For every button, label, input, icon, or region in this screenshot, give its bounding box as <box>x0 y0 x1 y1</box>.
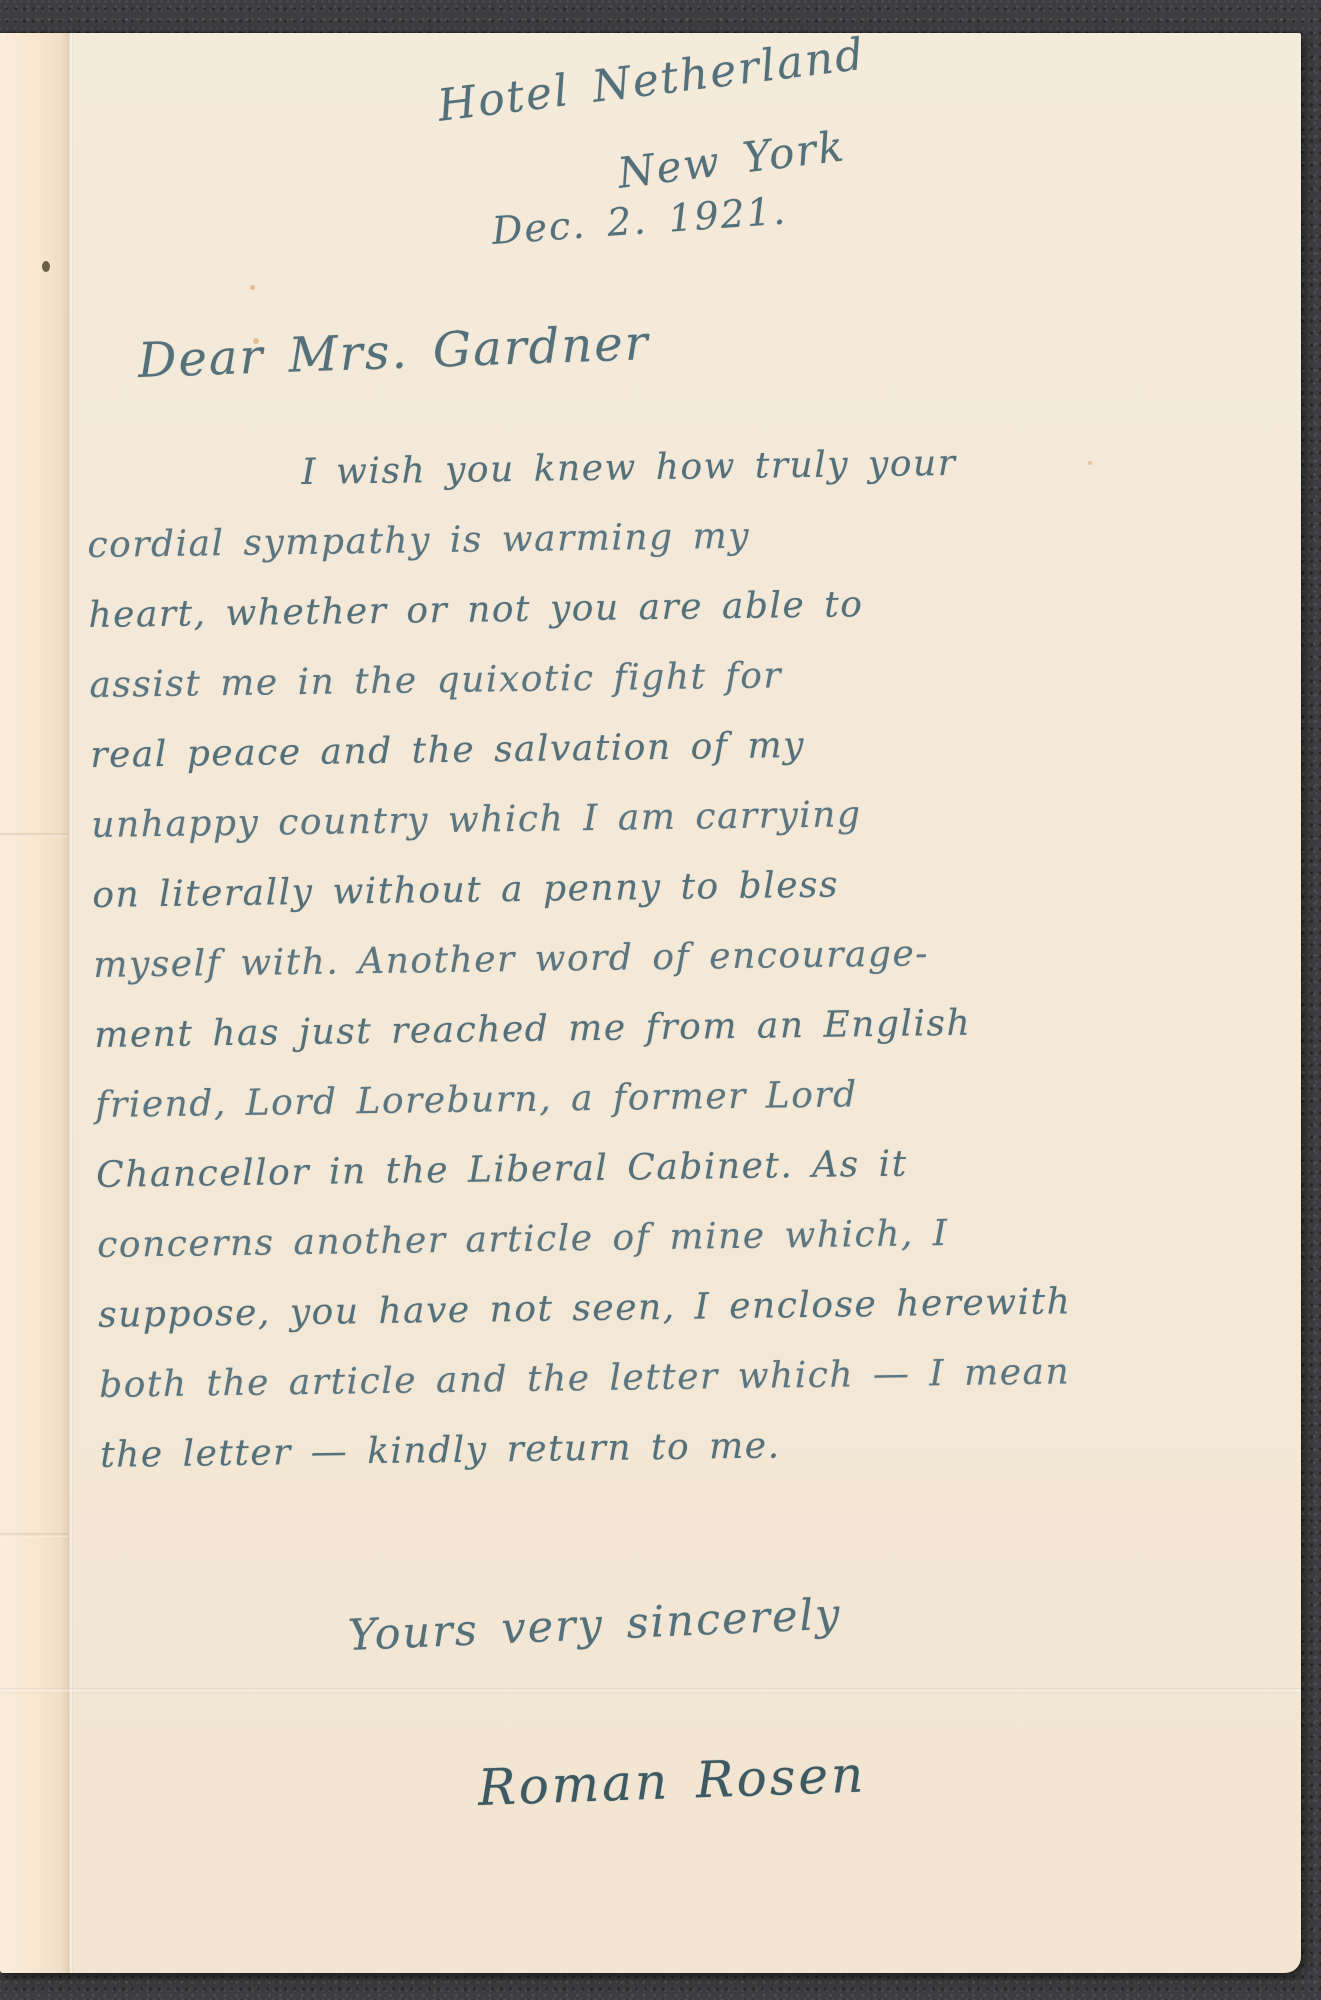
letterhead-hotel: Hotel Netherland <box>435 29 868 132</box>
body-line: the letter — kindly return to me. <box>100 1405 1261 1491</box>
letterhead-date: Dec. 2. 1921. <box>490 188 788 253</box>
scan-background: Hotel Netherland New York Dec. 2. 1921. … <box>0 0 1321 2000</box>
vertical-fold-crease <box>68 33 73 1973</box>
fold-crease-mark <box>0 833 68 837</box>
fold-crease-mark <box>0 1533 68 1537</box>
letter-body: I wish you knew how truly your cordial s… <box>86 425 1261 1491</box>
letterhead-city: New York <box>615 121 848 198</box>
ink-speck <box>42 261 50 272</box>
closing: Yours very sincerely <box>347 1589 843 1660</box>
salutation: Dear Mrs. Gardner <box>137 315 651 389</box>
signature: Roman Rosen <box>477 1745 867 1817</box>
letter-sheet: Hotel Netherland New York Dec. 2. 1921. … <box>0 33 1301 1973</box>
foxing-spot <box>250 285 255 290</box>
horizontal-fold-crease <box>0 1688 1301 1693</box>
page-fold-strip <box>0 33 68 1973</box>
